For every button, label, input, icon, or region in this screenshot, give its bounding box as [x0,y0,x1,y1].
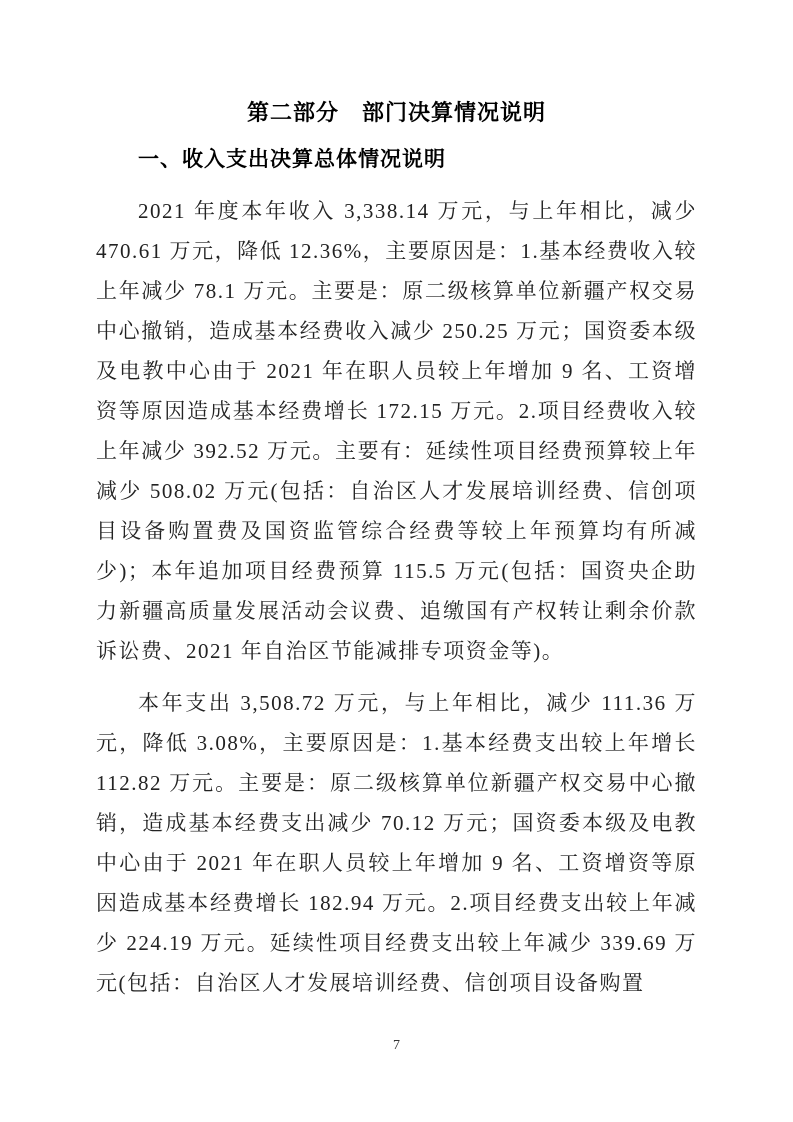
section-heading: 一、收入支出决算总体情况说明 [96,147,697,173]
paragraph-income-explanation: 2021 年度本年收入 3,338.14 万元，与上年相比，减少 470.61 … [96,191,697,671]
document-page: 第二部分 部门决算情况说明 一、收入支出决算总体情况说明 2021 年度本年收入… [0,0,793,1122]
paragraph-expenditure-explanation: 本年支出 3,508.72 万元，与上年相比，减少 111.36 万元，降低 3… [96,683,697,1003]
page-title: 第二部分 部门决算情况说明 [96,100,697,126]
page-number: 7 [0,1038,793,1054]
